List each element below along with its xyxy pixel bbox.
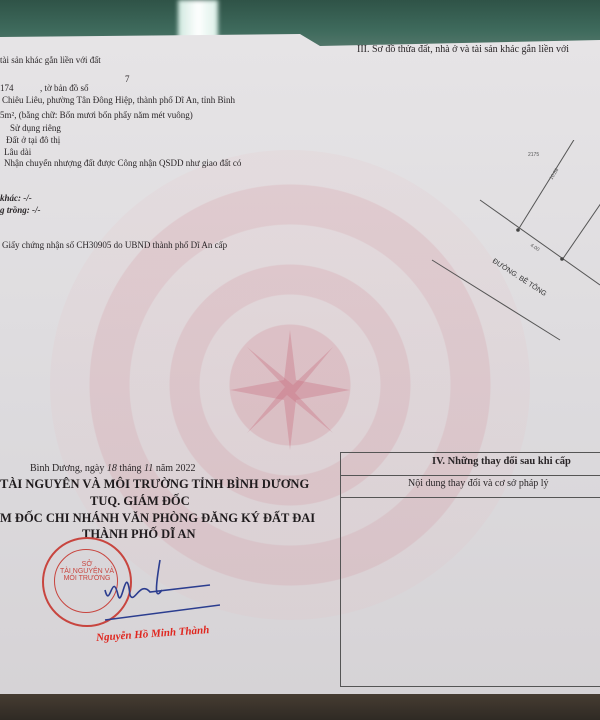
date-prefix: Bình Dương, ngày (30, 463, 104, 474)
usage-term: Lâu dài (4, 147, 31, 157)
map-sheet-label: , tờ bản đồ số (40, 83, 89, 93)
road-label: ĐƯỜNG. BÊ TÔNG (491, 256, 549, 298)
other-info: khác: -/- (0, 193, 32, 203)
address: Chiêu Liêu, phường Tân Đông Hiệp, thành … (2, 95, 235, 105)
land-area: 5m², (bằng chữ: Bốn mươi bốn phẩy năm mé… (0, 110, 193, 120)
signing-authority-line1: TÀI NGUYÊN VÀ MÔI TRƯỜNG TỈNH BÌNH DƯƠNG (0, 477, 309, 492)
land-purpose: Đất ở tại đô thị (6, 135, 60, 145)
land-origin: Nhận chuyển nhượng đất được Công nhận QS… (4, 158, 241, 168)
section4-title: IV. Những thay đổi sau khi cấp (432, 456, 571, 467)
left-section-header: tài sản khác gắn liền với đất (0, 55, 101, 65)
date-day: 18 (107, 463, 117, 474)
signature-icon (100, 550, 220, 630)
edge-length-side: 10.88 (549, 167, 561, 181)
section3-title: III. Sơ đồ thửa đất, nhà ở và tài sản kh… (357, 44, 569, 55)
planting-info: g trồng: -/- (0, 205, 41, 215)
map-sheet-number: 7 (125, 74, 130, 84)
certificate-note: Giấy chứng nhận số CH30905 do UBND thành… (2, 240, 227, 250)
light-glare (178, 0, 218, 40)
edge-length-front: 4.00 (529, 243, 541, 253)
section4-column-header: Nội dung thay đổi và cơ sở pháp lý (408, 478, 549, 489)
background-bottom (0, 690, 600, 720)
parcel-diagram: 2175 10.88 4.00 ĐƯỜNG. BÊ TÔNG (420, 140, 600, 380)
watermark-star-icon (230, 330, 350, 450)
date-year: năm 2022 (156, 463, 196, 474)
usage-form: Sử dụng riêng (10, 123, 61, 133)
signing-authority-line2: TUQ. GIÁM ĐỐC (90, 494, 190, 509)
signing-authority-line3: M ĐỐC CHI NHÁNH VĂN PHÒNG ĐĂNG KÝ ĐẤT ĐA… (0, 511, 315, 526)
date-month: 11 (144, 463, 153, 474)
parcel-number: 174 (0, 83, 14, 93)
parcel-label: 2175 (528, 152, 539, 158)
date-month-label: tháng (119, 463, 141, 474)
signing-date: Bình Dương, ngày 18 tháng 11 năm 2022 (30, 463, 196, 474)
